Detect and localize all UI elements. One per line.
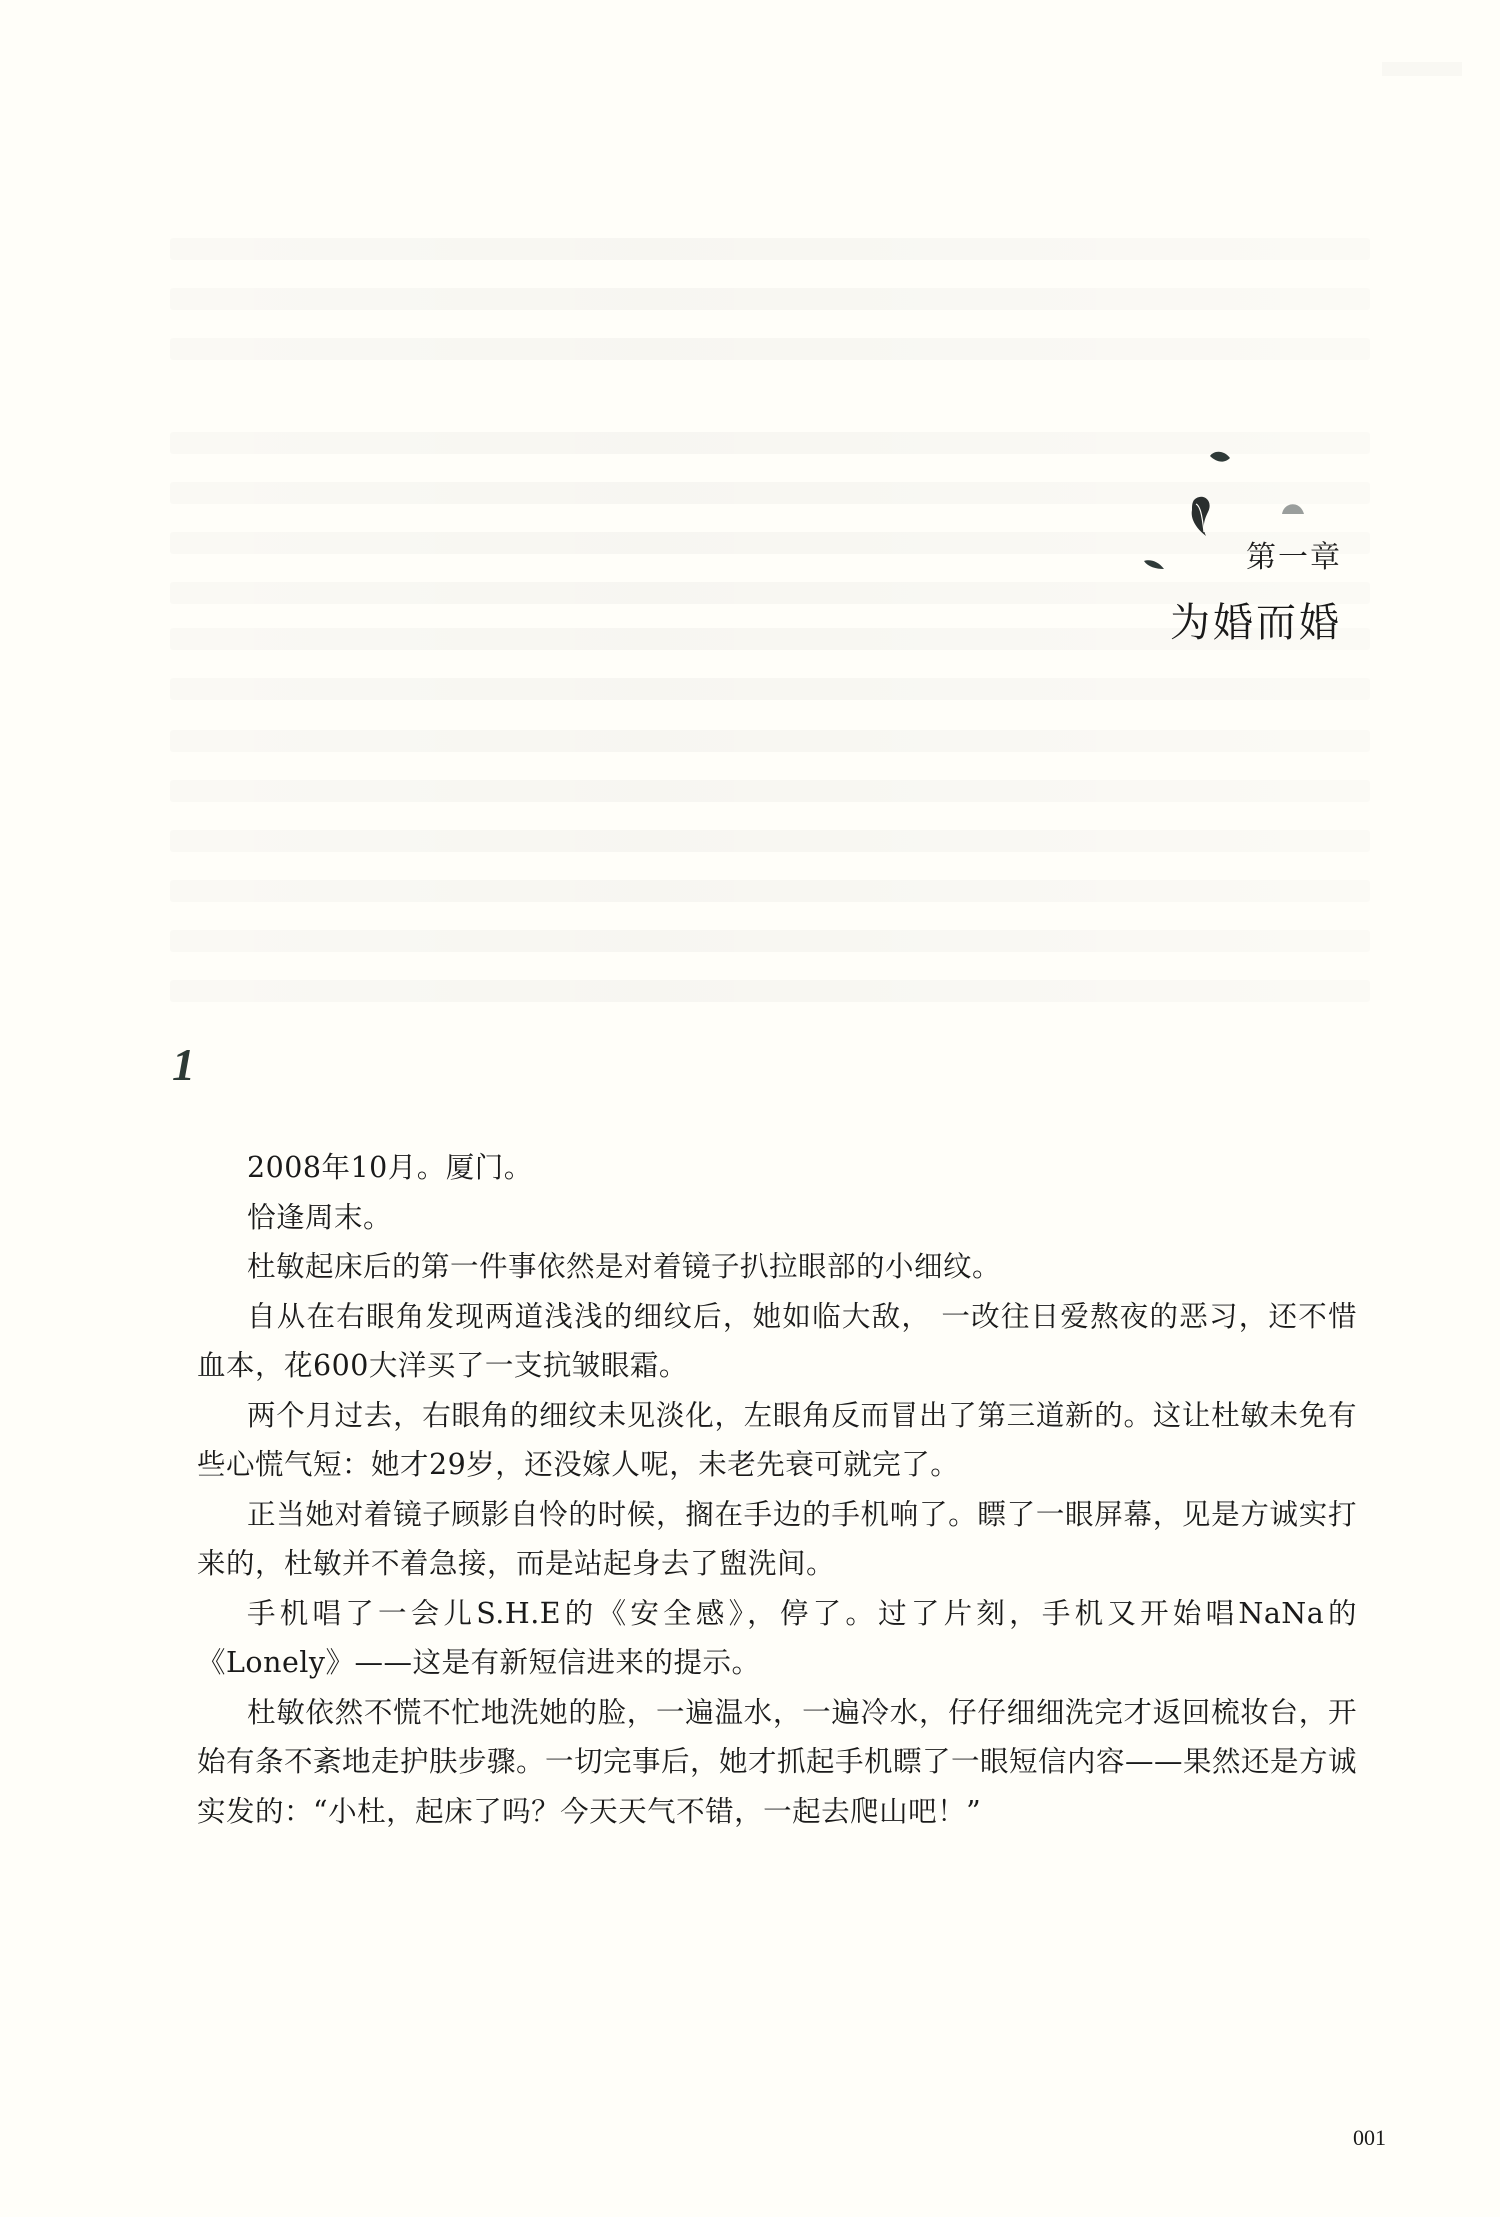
paragraph: 手机唱了一会儿S.H.E的《安全感》，停了。过了片刻，手机又开始唱NaNa的《L… — [197, 1589, 1357, 1688]
section-number: 1 — [172, 1038, 195, 1091]
paragraph: 恰逢周末。 — [197, 1193, 1357, 1243]
show-through-line — [170, 338, 1370, 360]
show-through-line — [170, 238, 1370, 260]
paragraph: 两个月过去，右眼角的细纹未见淡化，左眼角反而冒出了第三道新的。这让杜敏未免有些心… — [197, 1391, 1357, 1490]
show-through-line — [170, 678, 1370, 700]
show-through-line — [170, 288, 1370, 310]
chapter-title: 为婚而婚 — [1170, 598, 1342, 648]
show-through-line — [170, 432, 1370, 454]
show-through-line — [170, 830, 1370, 852]
show-through-line — [170, 780, 1370, 802]
body-text: 2008年10月。厦门。 恰逢周末。 杜敏起床后的第一件事依然是对着镜子扒拉眼部… — [197, 1143, 1357, 1836]
paragraph: 2008年10月。厦门。 — [197, 1143, 1357, 1193]
show-through-header — [1382, 62, 1462, 76]
small-leaf-icon — [1208, 448, 1234, 468]
chapter-number: 第一章 — [1170, 538, 1342, 578]
show-through-line — [170, 930, 1370, 952]
show-through-line — [170, 880, 1370, 902]
chapter-header: 第一章 为婚而婚 — [1170, 538, 1342, 648]
paragraph: 杜敏起床后的第一件事依然是对着镜子扒拉眼部的小细纹。 — [197, 1242, 1357, 1292]
paragraph: 正当她对着镜子顾影自怜的时候，搁在手边的手机响了。瞟了一眼屏幕，见是方诚实打来的… — [197, 1490, 1357, 1589]
show-through-line — [170, 980, 1370, 1002]
page-number: 001 — [1353, 2125, 1386, 2151]
feather-leaf-icon — [1188, 494, 1214, 538]
grey-leaf-icon — [1280, 500, 1306, 518]
paragraph: 杜敏依然不慌不忙地洗她的脸，一遍温水，一遍冷水，仔仔细细洗完才返回梳妆台，开始有… — [197, 1688, 1357, 1837]
tiny-leaf-icon — [1142, 557, 1166, 571]
book-page: 第一章 为婚而婚 1 2008年10月。厦门。 恰逢周末。 杜敏起床后的第一件事… — [0, 0, 1500, 2217]
paragraph: 自从在右眼角发现两道浅浅的细纹后，她如临大敌， 一改往日爱熬夜的恶习，还不惜血本… — [197, 1292, 1357, 1391]
show-through-line — [170, 730, 1370, 752]
